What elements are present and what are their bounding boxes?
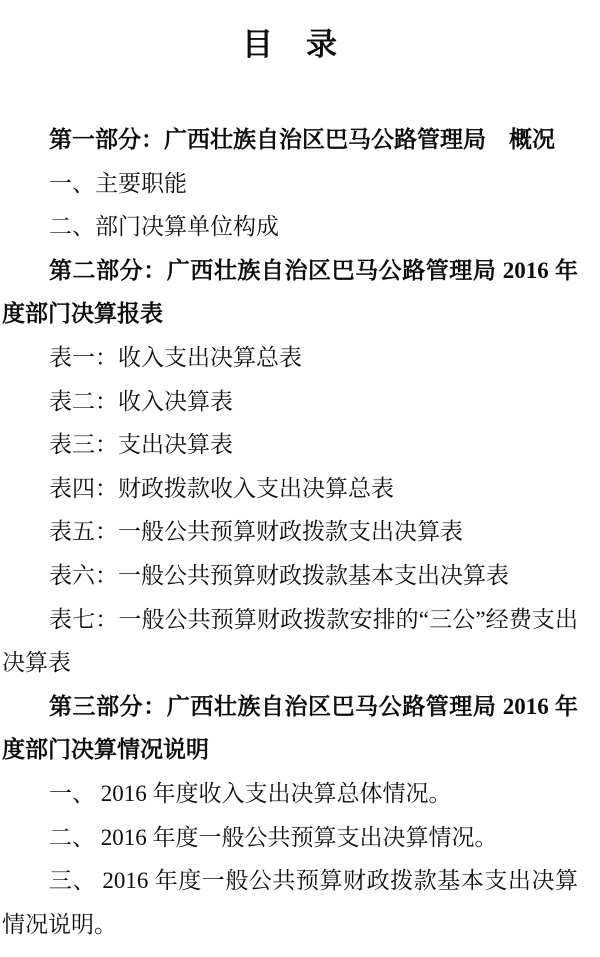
toc-heading-part1: 第一部分：广西壮族自治区巴马公路管理局 概况 [2,118,578,162]
toc-entry-unit-composition: 二、部门决算单位构成 [2,205,578,249]
toc-entry-table7: 表七：一般公共预算财政拨款安排的“三公”经费支出决算表 [2,598,578,685]
toc-entry-main-functions: 一、主要职能 [2,162,578,206]
toc-heading-part2: 第二部分：广西壮族自治区巴马公路管理局 2016 年度部门决算报表 [2,249,578,336]
toc-entry-note3: 三、 2016 年度一般公共预算财政拨款基本支出决算情况说明。 [2,859,578,946]
toc-entry-table4: 表四：财政拨款收入支出决算总表 [2,467,578,511]
toc-entry-note1: 一、 2016 年度收入支出决算总体情况。 [2,772,578,816]
toc-entry-table2: 表二：收入决算表 [2,380,578,424]
document-page: 目 录 第一部分：广西壮族自治区巴马公路管理局 概况 一、主要职能 二、部门决算… [0,0,600,957]
toc-heading-part3: 第三部分：广西壮族自治区巴马公路管理局 2016 年度部门决算情况说明 [2,685,578,772]
toc-entry-table6: 表六：一般公共预算财政拨款基本支出决算表 [2,554,578,598]
toc-entry-table5: 表五：一般公共预算财政拨款支出决算表 [2,510,578,554]
toc-entry-note2: 二、 2016 年度一般公共预算支出决算情况。 [2,816,578,860]
toc-entry-table3: 表三：支出决算表 [2,423,578,467]
toc-entry-table1: 表一：收入支出决算总表 [2,336,578,380]
document-title: 目 录 [2,26,578,64]
